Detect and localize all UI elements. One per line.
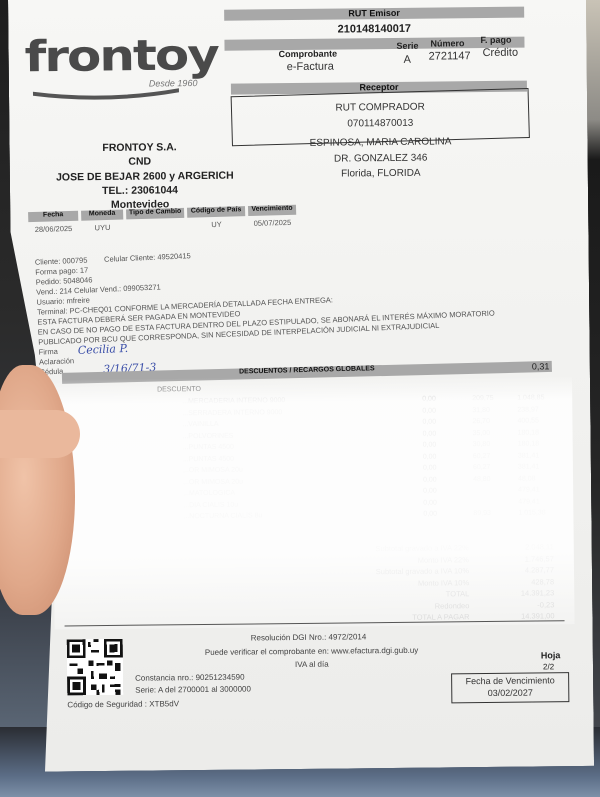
due-date-label: Fecha de Vencimiento [452,675,568,686]
line-discount: 0,00 [423,511,437,518]
brand-logo: frontoy [24,30,218,81]
total-value: 2.048,11 [525,542,554,551]
total-label: Redondeo [435,601,470,610]
rut-emisor: 210148140017 [224,22,524,37]
meta-country: UY [187,219,245,230]
meta-currency: UYU [81,223,123,233]
iva-al-dia: IVA al día [295,660,329,669]
total-value: 14.391,00 [521,611,554,620]
comprobante-type: e-Factura [287,61,334,73]
thumb [0,410,80,458]
total-row: Monto IVA 10%428,78 [314,577,564,580]
total-row: Monto IVA 22%1.746,57 [314,554,564,557]
line-amount: 381,41 [518,463,539,470]
numero-label: Número [430,38,464,48]
line-amount: 381,41 [518,452,539,459]
line-unit: 35,00 [473,429,491,436]
details-block: Cliente: 000795 Celular Cliente: 4952041… [35,236,560,378]
line-item-row: ...VAINILLA0,0026,70400,55 [162,417,562,421]
line-amount: 180,18 [518,429,539,436]
line-amount: 238,97 [517,406,538,413]
line-unit: 60,27 [473,464,491,471]
footer-divider [65,620,565,626]
line-item-row: ...DIA CIALIS 10u0,00479,41 [163,498,563,502]
issuer-address: JOSE DE BEJAR 2600 y ARGERICH [30,169,260,183]
line-unit: 31,80 [472,406,490,413]
line-desc: ...DIA CIALIS 10u [183,501,238,509]
line-discount: 0,00 [423,442,437,449]
line-item-row: ...PUNTAS 45000,0060,27381,41 [163,452,563,456]
receptor-name: ESPINOSA, MARIA CAROLINA [231,136,529,150]
receptor-address: DR. GONZALEZ 346 [232,152,530,166]
serie-value: A [404,54,411,66]
invoice-paper: frontoy Desde 1960 FRONTOY S.A. CND JOSE… [8,0,594,772]
meta-header: Código de País [187,206,245,218]
line-unit: 209,75 [472,395,493,402]
issuer-phone: TEL.: 23061044 [40,184,240,198]
line-item-row: ...MATOLOGICA0,00479,41 [163,486,563,490]
meta-header: Fecha [28,211,78,222]
total-label: Subtotal gravado a IVA 10% [376,566,469,576]
handwritten-signature: Cecilia P. [78,344,129,356]
total-value: -0,23 [537,600,554,609]
discount-total: 0,31 [532,361,550,371]
meta-date: 28/06/2025 [28,224,78,234]
rut-emisor-label: RUT Emisor [224,7,524,21]
logo-wave-icon [31,86,181,102]
line-item-row: ...NOCTURNA CIALIS 8u0,0089,931.015,38 [163,509,563,513]
total-row: TOTAL14.391,23 [314,588,564,591]
line-desc: ...VAINILLA [182,421,218,428]
line-item-row: ...PUNTAS 45000,0030,80180,18 [163,440,563,444]
total-label: Monto IVA 10% [418,578,469,588]
meta-exchange [126,221,184,232]
constancia: Constancia nro.: 90251234590 [135,673,245,683]
dgi-resolution: Resolución DGI Nro.: 4972/2014 [251,632,367,642]
line-desc: ...PUNTAS 4500 [183,444,234,452]
total-value: 14.391,23 [521,588,554,597]
due-date-box: Fecha de Vencimiento 03/02/2027 [451,672,569,703]
line-amount: 1.048,85 [517,394,544,401]
meta-header: Tipo de Cambio [126,208,184,220]
meta-header: Vencimiento [248,205,296,216]
line-item-row: ...OR MIMOSA 20u0,0048,8048,08 [163,475,563,479]
total-row: Redondeo-0,23 [314,600,564,603]
line-unit: 30,80 [473,441,491,448]
line-amount: 479,41 [518,486,539,493]
line-desc: ...SERRADERA INTERNO 9000 [182,409,282,417]
page-number: 2/2 [543,662,554,671]
line-item-row: ...OR MIMOSA 20u0,0060,27381,41 [163,463,563,467]
brand-tagline: Desde 1960 [149,78,198,89]
total-label: Monto IVA 22% [418,555,469,565]
line-discount: 0,00 [423,453,437,460]
total-label: TOTAL [446,589,470,598]
line-discount: 0,00 [422,396,436,403]
total-label: Subtotal gravado a IVA 22% [375,543,468,553]
light-glare [52,374,575,629]
line-discount: 0,00 [423,476,437,483]
line-desc: ...MERCADERIA INTERNO 9000 [182,397,285,405]
line-amount: 400,55 [517,417,538,424]
line-discount: 0,00 [422,419,436,426]
line-desc: ...NOCTURNA CIALIS 8u [183,512,262,520]
total-value: 1.746,57 [525,554,554,563]
line-desc: ...OR MIMOSA 20u [183,478,243,486]
numero-value: 2721147 [429,50,471,62]
total-row: Subtotal gravado a IVA 22%2.048,11 [314,542,564,545]
line-unit: 89,93 [473,510,491,517]
page-label: Hoja [541,650,561,660]
receptor-city: Florida, FLORIDA [232,167,530,181]
verify-url[interactable]: Puede verificar el comprobante en: www.e… [205,646,419,657]
line-desc: ...OR MIMOSA 20u [183,467,243,475]
qr-code-icon[interactable] [67,639,124,696]
line-discount: 0,00 [422,407,436,414]
total-row: TOTAL A PAGAR14.391,00 [314,611,564,614]
due-date: 03/02/2027 [452,687,568,698]
line-discount: 0,00 [423,488,437,495]
meta-header: Moneda [81,210,123,221]
line-desc: ...PUNTAS 4500 [183,455,234,463]
line-items: ...MERCADERIA INTERNO 90000,00209,751.04… [162,394,562,398]
forma-pago-label: F. pago [480,35,511,45]
line-desc: ...MATOLOGICA [183,490,235,498]
discount-row-label: DESCUENTO [157,386,201,393]
serie-label: Serie [396,41,418,51]
forma-pago-value: Crédito [483,47,519,59]
line-item-row: ...POLVORINES0,0035,00180,18 [163,429,563,433]
line-discount: 0,00 [423,499,437,506]
line-amount: 1.015,38 [518,509,545,516]
line-amount: 180,18 [518,440,539,447]
issuer-name: FRONTOY S.A. [39,141,239,155]
issuer-branch: CND [40,155,240,169]
line-unit: 26,70 [472,418,490,425]
line-unit: 48,80 [473,475,491,482]
total-value: 428,78 [531,577,554,586]
line-item-row: ...SERRADERA INTERNO 90000,0031,80238,97 [162,406,562,410]
line-desc: ...POLVORINES [183,432,234,440]
total-value: 4.287,77 [525,565,554,574]
line-amount: 48,08 [518,475,536,482]
line-item-row: ...MERCADERIA INTERNO 90000,00209,751.04… [162,394,562,398]
line-amount: 479,41 [518,498,539,505]
security-code: Código de Seguridad : XTB5dV [67,699,179,709]
meta-due: 05/07/2025 [248,218,296,228]
line-discount: 0,00 [423,430,437,437]
total-row: Subtotal gravado a IVA 10%4.287,77 [314,565,564,568]
serie-range: Serie: A del 2700001 al 3000000 [135,684,251,694]
line-unit: 60,27 [473,452,491,459]
totals-block: Subtotal gravado a IVA 22%2.048,11Monto … [314,542,564,545]
comprobante-label: Comprobante [279,49,338,60]
line-discount: 0,00 [423,465,437,472]
